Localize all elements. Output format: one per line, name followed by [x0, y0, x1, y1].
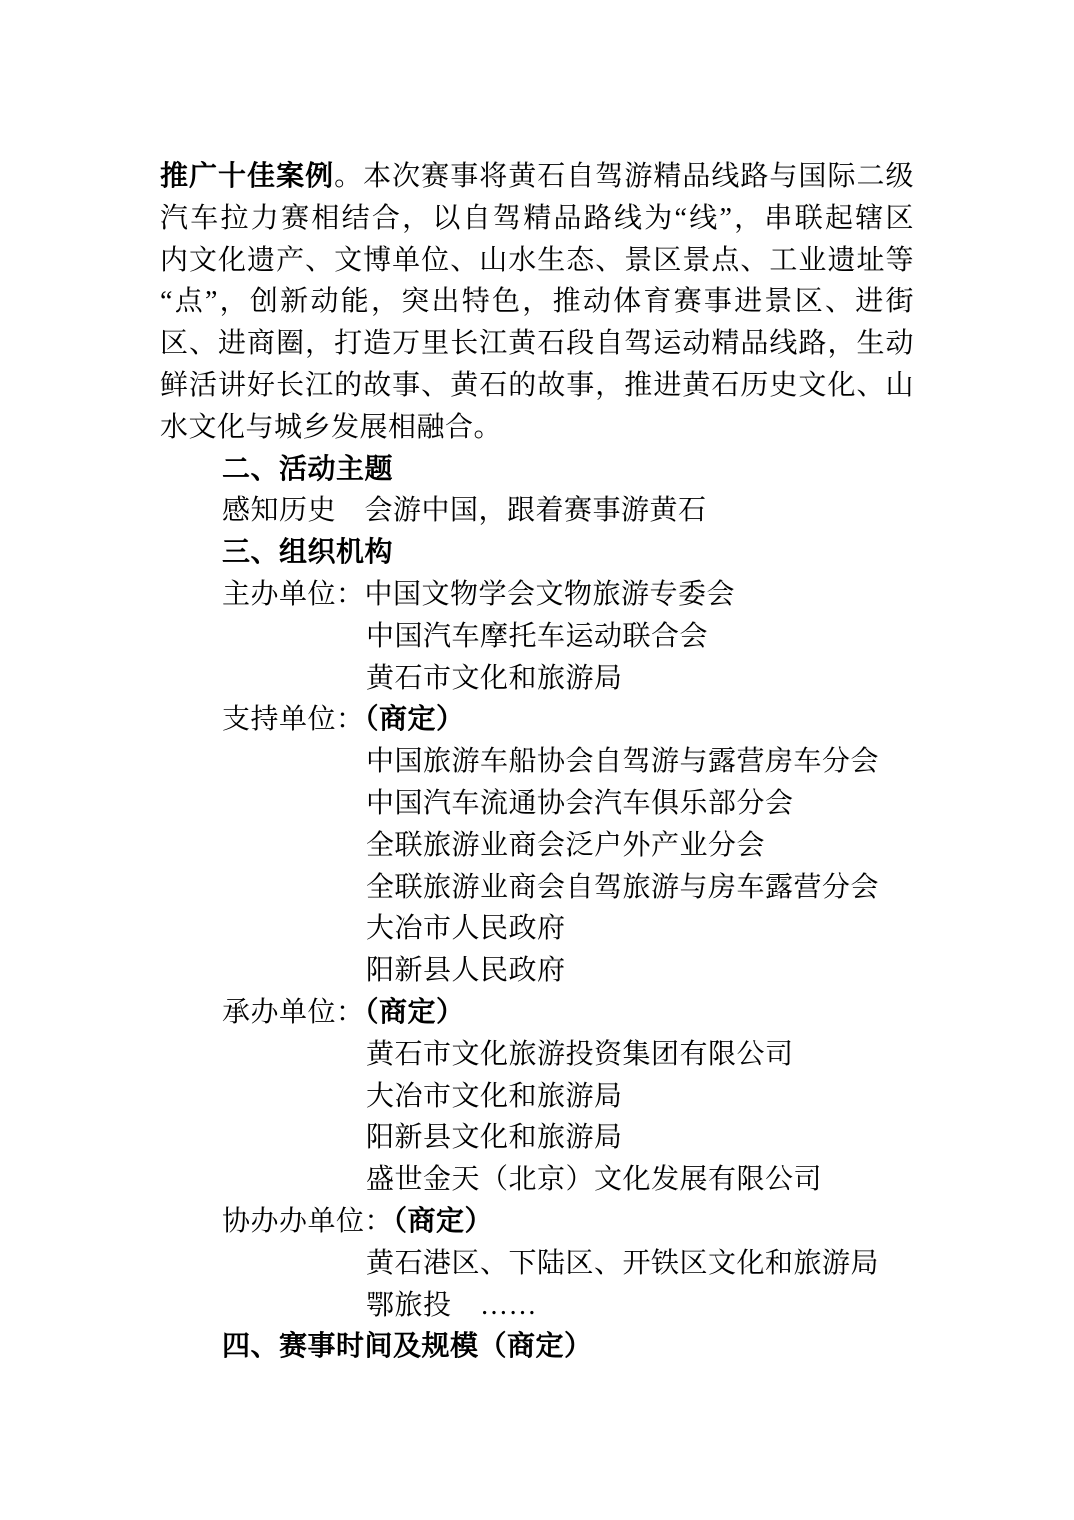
text-segment: 大冶市人民政府 — [366, 913, 566, 944]
text-segment: 黄石市文化和旅游局 — [366, 663, 623, 694]
text-segment: 中国汽车摩托车运动联合会 — [366, 621, 708, 652]
text-segment: 鲜活讲好长江的故事、黄石的故事，推进黄石历史文化、山 — [160, 370, 914, 401]
organizer-unit-line: 大冶市文化和旅游局 — [160, 1076, 914, 1118]
host-unit-line: 中国汽车摩托车运动联合会 — [160, 616, 914, 658]
text-segment: “点”，创新动能，突出特色，推动体育赛事进景区、进街 — [160, 286, 914, 317]
text-segment: 阳新县文化和旅游局 — [366, 1122, 623, 1153]
support-units-label-line: 支持单位：（商定） — [160, 699, 914, 741]
text-segment: 全联旅游业商会自驾旅游与房车露营分会 — [366, 872, 879, 903]
text-segment: 。本次赛事将黄石自驾游精品线路与国际二级 — [334, 161, 914, 192]
text-segment: 区、进商圈，打造万里长江黄石段自驾运动精品线路，生动 — [160, 328, 914, 359]
co-organizer-unit-line: 黄石港区、下陆区、开铁区文化和旅游局 — [160, 1243, 914, 1285]
paragraph-line: 内文化遗产、文博单位、山水生态、景区景点、工业遗址等 — [160, 240, 914, 282]
text-segment: 感知历史 会游中国，跟着赛事游黄石 — [222, 495, 707, 526]
organizer-unit-line: 黄石市文化旅游投资集团有限公司 — [160, 1034, 914, 1076]
co-organizer-unit-line: 鄂旅投 …… — [160, 1285, 914, 1327]
text-segment: 全联旅游业商会泛户外产业分会 — [366, 830, 765, 861]
organizer-unit-line: 盛世金天（北京）文化发展有限公司 — [160, 1159, 914, 1201]
paragraph-line: 推广十佳案例。本次赛事将黄石自驾游精品线路与国际二级 — [160, 156, 914, 198]
heading-section-2: 二、活动主题 — [160, 449, 914, 491]
bold-text-segment: 推广十佳案例 — [160, 161, 334, 192]
text-segment: 黄石港区、下陆区、开铁区文化和旅游局 — [366, 1248, 879, 1279]
text-segment: 中国汽车流通协会汽车俱乐部分会 — [366, 788, 794, 819]
host-units-label-line: 主办单位：中国文物学会文物旅游专委会 — [160, 574, 914, 616]
text-segment: 主办单位：中国文物学会文物旅游专委会 — [222, 579, 735, 610]
bold-text-segment: 三、组织机构 — [222, 537, 393, 568]
bold-text-segment: （商定） — [365, 997, 465, 1028]
paragraph-line: 鲜活讲好长江的故事、黄石的故事，推进黄石历史文化、山 — [160, 365, 914, 407]
heading-section-3: 三、组织机构 — [160, 532, 914, 574]
paragraph-line: “点”，创新动能，突出特色，推动体育赛事进景区、进街 — [160, 281, 914, 323]
support-unit-line: 全联旅游业商会自驾旅游与房车露营分会 — [160, 867, 914, 909]
heading-section-4: 四、赛事时间及规模（商定） — [160, 1326, 914, 1368]
text-segment: 盛世金天（北京）文化发展有限公司 — [366, 1164, 822, 1195]
text-segment: 鄂旅投 …… — [366, 1290, 537, 1321]
support-unit-line: 中国旅游车船协会自驾游与露营房车分会 — [160, 741, 914, 783]
text-segment: 汽车拉力赛相结合，以自驾精品路线为“线”，串联起辖区 — [160, 203, 914, 234]
document-body: 推广十佳案例。本次赛事将黄石自驾游精品线路与国际二级汽车拉力赛相结合，以自驾精品… — [160, 156, 914, 1368]
text-segment: 中国旅游车船协会自驾游与露营房车分会 — [366, 746, 879, 777]
support-unit-line: 阳新县人民政府 — [160, 950, 914, 992]
paragraph-line: 区、进商圈，打造万里长江黄石段自驾运动精品线路，生动 — [160, 323, 914, 365]
support-unit-line: 中国汽车流通协会汽车俱乐部分会 — [160, 783, 914, 825]
paragraph-line: 水文化与城乡发展相融合。 — [160, 407, 914, 449]
text-segment: 大冶市文化和旅游局 — [366, 1081, 623, 1112]
bold-text-segment: （商定） — [393, 1206, 493, 1237]
text-segment: 阳新县人民政府 — [366, 955, 566, 986]
organizer-unit-line: 阳新县文化和旅游局 — [160, 1117, 914, 1159]
document-page: 推广十佳案例。本次赛事将黄石自驾游精品线路与国际二级汽车拉力赛相结合，以自驾精品… — [0, 0, 1074, 1520]
paragraph-line: 汽车拉力赛相结合，以自驾精品路线为“线”，串联起辖区 — [160, 198, 914, 240]
theme-text-line: 感知历史 会游中国，跟着赛事游黄石 — [160, 490, 914, 532]
text-segment: 承办单位： — [222, 997, 365, 1028]
host-unit-line: 黄石市文化和旅游局 — [160, 658, 914, 700]
text-segment: 内文化遗产、文博单位、山水生态、景区景点、工业遗址等 — [160, 245, 914, 276]
co-organizer-units-label-line: 协办办单位：（商定） — [160, 1201, 914, 1243]
bold-text-segment: 四、赛事时间及规模（商定） — [222, 1331, 593, 1362]
text-segment: 水文化与城乡发展相融合。 — [160, 412, 502, 443]
text-segment: 黄石市文化旅游投资集团有限公司 — [366, 1039, 794, 1070]
bold-text-segment: （商定） — [365, 704, 465, 735]
support-unit-line: 大冶市人民政府 — [160, 908, 914, 950]
support-unit-line: 全联旅游业商会泛户外产业分会 — [160, 825, 914, 867]
text-segment: 协办办单位： — [222, 1206, 393, 1237]
organizer-units-label-line: 承办单位：（商定） — [160, 992, 914, 1034]
bold-text-segment: 二、活动主题 — [222, 454, 393, 485]
text-segment: 支持单位： — [222, 704, 365, 735]
